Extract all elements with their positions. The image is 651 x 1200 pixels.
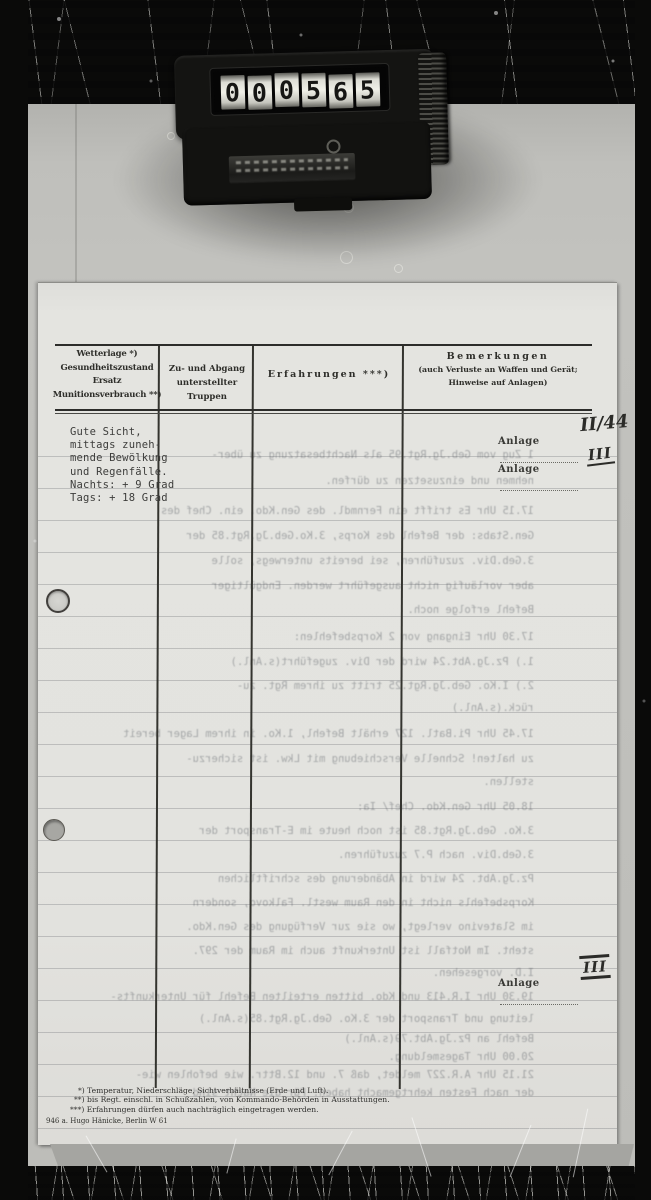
document-page: 1 Zug vom Geb.Jg.Rgt.95 als Nachtbesatzu… [38, 282, 617, 1145]
footnote-line: *) Temperatur, Niederschläge, Sichtverhä… [64, 1086, 594, 1095]
microfilm-frame: 1 Zug vom Geb.Jg.Rgt.95 als Nachtbesatzu… [0, 0, 651, 1200]
anlage-stamp: Anlage [498, 978, 540, 989]
film-edge-left [0, 0, 28, 1200]
anlage-number-handwritten: III [579, 954, 611, 980]
footnote-line: ***) Erfahrungen dürfen auch nachträglic… [64, 1105, 594, 1114]
counter-mount-tab [294, 197, 352, 212]
counter-digit-window: 000565 [210, 64, 389, 115]
counter-digit: 6 [328, 74, 353, 109]
punch-hole [46, 589, 70, 613]
counter-digit: 0 [247, 75, 272, 110]
backing-sheet-edge [75, 103, 77, 283]
attachment-annotation: Anlage III [498, 971, 617, 989]
weather-entry-line: und Regenfälle. [70, 466, 200, 479]
header-line: Wetterlage *) [52, 348, 162, 362]
punch-hole [43, 819, 65, 841]
plate-text-row [236, 158, 348, 164]
attachment-annotation: Anlage III [498, 457, 617, 475]
header-line: Bemerkungen [404, 350, 592, 363]
weather-entry-line: Nachts: + 9 Grad [70, 479, 200, 492]
header-line: Hinweise auf Anlagen) [404, 376, 592, 389]
table-column-line [399, 345, 404, 1089]
film-scratches-bottom [0, 1166, 651, 1200]
counter-digit: 5 [301, 73, 326, 108]
table-header-top-rule [55, 344, 592, 346]
film-frame-counter: 000565 [168, 44, 464, 214]
anlage-stamp: Anlage [498, 436, 540, 447]
counter-digit: 5 [355, 72, 380, 107]
header-line: (auch Verluste an Waffen und Gerät; [404, 363, 592, 376]
table-header-bottom-rule-2 [55, 413, 592, 414]
weather-entry-line: Tags: + 18 Grad [70, 492, 200, 505]
column-header-troops: Zu- und Abgang unterstellter Truppen [161, 362, 253, 404]
header-line: Gesundheitszustand [52, 362, 162, 376]
anlage-number-handwritten: III [585, 443, 615, 466]
weather-entry: Gute Sicht,mittags zuneh-mende Bewölkung… [70, 426, 200, 505]
column-header-experiences: Erfahrungen ***) [255, 369, 403, 380]
anlage-dotted-line [500, 490, 578, 491]
weather-entry-line: mende Bewölkung [70, 452, 200, 465]
table-header-bottom-rule [55, 409, 592, 411]
column-header-remarks: Bemerkungen (auch Verluste an Waffen und… [404, 350, 592, 389]
dust-specks [0, 0, 2, 2]
header-line: Erfahrungen ***) [255, 369, 403, 380]
footnotes: *) Temperatur, Niederschläge, Sichtverhä… [64, 1086, 594, 1114]
column-header-weather: Wetterlage *) Gesundheitszustand Ersatz … [52, 348, 162, 402]
anlage-dotted-line [500, 1004, 578, 1005]
plate-text-row [236, 166, 348, 172]
anlage-number-handwritten: II/44 [579, 411, 629, 436]
film-edge-right [635, 0, 651, 1200]
header-line: Munitionsverbrauch **) [52, 389, 162, 403]
counter-digit: 0 [274, 72, 299, 107]
counter-label-plate [229, 153, 356, 183]
printer-imprint: 946 a. Hugo Hänicke, Berlin W 61 [46, 1117, 168, 1125]
footnote-line: **) bis Regt. einschl. in Schußzahlen, v… [64, 1095, 594, 1104]
weather-entry-line: Gute Sicht, [70, 426, 200, 439]
header-line: Zu- und Abgang [161, 362, 253, 376]
counter-digit: 0 [220, 75, 245, 110]
header-line: unterstellter Truppen [161, 376, 253, 404]
table-column-line [249, 344, 254, 1088]
weather-entry-line: mittags zuneh- [70, 439, 200, 452]
anlage-stamp: Anlage [498, 464, 540, 475]
header-line: Ersatz [52, 375, 162, 389]
dust-ring [394, 264, 403, 273]
